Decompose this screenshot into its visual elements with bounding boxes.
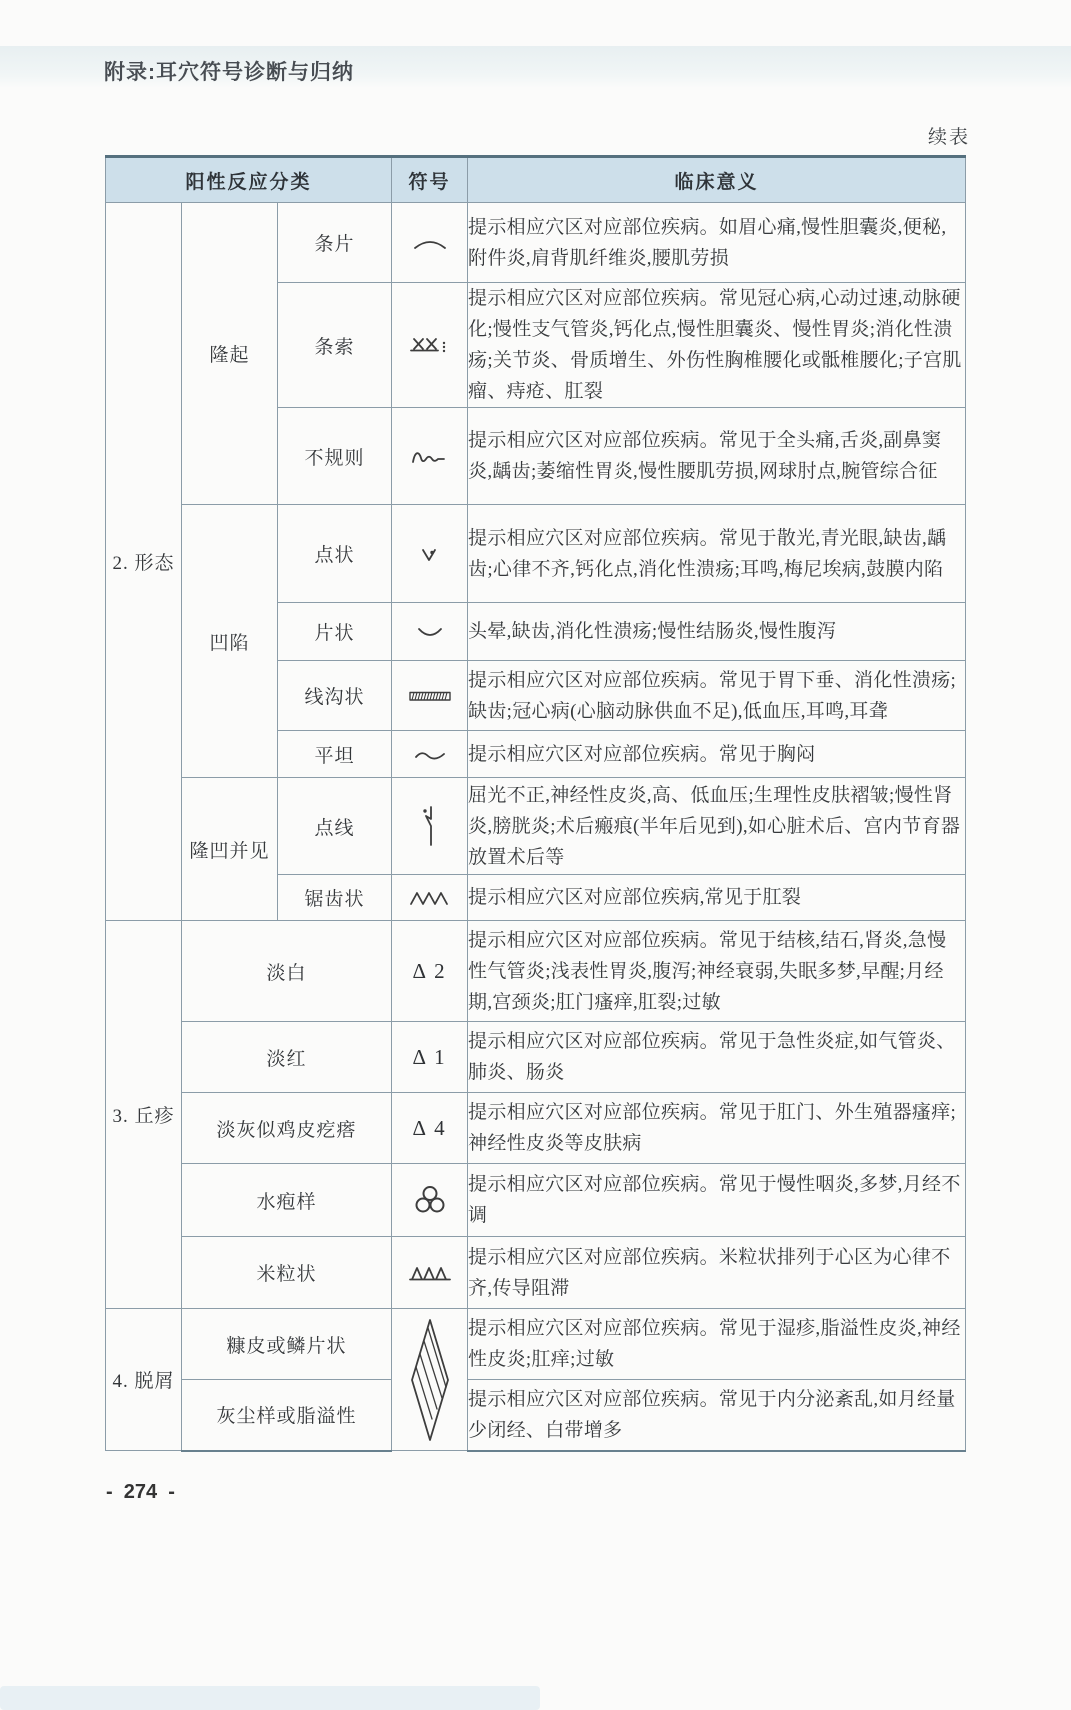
shallow-u-icon [415,625,445,640]
meaning-cell: 提示相应穴区对应部位疾病。常见于内分泌紊乱,如月经量少闭经、白带增多 [468,1380,966,1451]
symbol-cell: Δ 1 [392,1022,468,1093]
symbol-cell: Δ 2 [392,921,468,1022]
diagnosis-table: 阳性反应分类 符号 临床意义 2. 形态 隆起 条片 提示相应穴区对应部位疾病。… [105,155,966,1452]
table-row: 水疱样 提示相应穴区对应部位疾病。常见于慢性咽炎,多梦,月经不调 [106,1164,966,1237]
category-cell-desquamation: 4. 脱屑 [106,1309,182,1451]
symbol-cell [392,731,468,778]
scan-artifact-bottom [0,1686,540,1710]
symbol-cell [392,1164,468,1237]
meaning-cell: 提示相应穴区对应部位疾病。常见于急性炎症,如气管炎、肺炎、肠炎 [468,1022,966,1093]
row-label: 锯齿状 [278,875,392,921]
row-label: 线沟状 [278,661,392,731]
row-label: 淡白 [182,921,392,1022]
symbol-cell [392,283,468,408]
v-with-dot-icon [418,546,442,563]
triangle-1-icon: Δ 1 [412,1045,446,1069]
table-row: 淡红 Δ 1 提示相应穴区对应部位疾病。常见于急性炎症,如气管炎、肺炎、肠炎 [106,1022,966,1093]
table-row: 灰尘样或脂溢性 提示相应穴区对应部位疾病。常见于内分泌紊乱,如月经量少闭经、白带… [106,1380,966,1451]
arc-icon [410,235,450,251]
category-cell-papule: 3. 丘疹 [106,921,182,1309]
meaning-cell: 提示相应穴区对应部位疾病。常见于湿疹,脂溢性皮炎,神经性皮炎;肛痒;过敏 [468,1309,966,1380]
meaning-cell: 提示相应穴区对应部位疾病。如眉心痛,慢性胆囊炎,便秘,附件炎,肩背肌纤维炎,腰肌… [468,203,966,283]
page-header: 附录:耳穴符号诊断与归纳 [104,56,354,86]
symbol-cell [392,1309,468,1451]
three-triangles-baseline-icon [407,1264,453,1283]
meaning-cell: 提示相应穴区对应部位疾病。常见于全头痛,舌炎,副鼻窦炎,龋齿;萎缩性胃炎,慢性腰… [468,408,966,505]
meaning-cell: 提示相应穴区对应部位疾病。常见于肛门、外生殖器瘙痒;神经性皮炎等皮肤病 [468,1093,966,1164]
subcategory-cell-mixed: 隆凹并见 [182,778,278,921]
row-label: 点线 [278,778,392,875]
page-number: - 274 - [106,1481,175,1504]
dot-line-spike-icon [419,805,441,847]
meaning-cell: 提示相应穴区对应部位疾病。常见冠心病,心动过速,动脉硬化;慢性支气管炎,钙化点,… [468,283,966,408]
row-label: 平坦 [278,731,392,778]
row-label: 条片 [278,203,392,283]
meaning-cell: 头晕,缺齿,消化性溃疡;慢性结肠炎,慢性腹泻 [468,603,966,661]
row-label: 水疱样 [182,1164,392,1237]
subcategory-cell-raised: 隆起 [182,203,278,505]
hatched-diamond-icon [407,1316,453,1444]
hatched-bar-icon [407,689,453,704]
symbol-cell [392,661,468,731]
table-row: 4. 脱屑 糠皮或鳞片状 提示相应穴区对应部位疾病。常见于湿疹,脂溢性皮炎,神经… [106,1309,966,1380]
double-x-underline-icon [407,334,453,356]
meaning-cell: 提示相应穴区对应部位疾病。常见于慢性咽炎,多梦,月经不调 [468,1164,966,1237]
meaning-cell: 提示相应穴区对应部位疾病。常见于胃下垂、消化性溃疡;缺齿;冠心病(心脑动脉供血不… [468,661,966,731]
meaning-cell: 屈光不正,神经性皮炎,高、低血压;生理性皮肤褶皱;慢性肾炎,膀胱炎;术后瘢痕(半… [468,778,966,875]
header-classification: 阳性反应分类 [106,157,392,203]
meaning-cell: 提示相应穴区对应部位疾病,常见于肛裂 [468,875,966,921]
table-row: 2. 形态 隆起 条片 提示相应穴区对应部位疾病。如眉心痛,慢性胆囊炎,便秘,附… [106,203,966,283]
header-symbol: 符号 [392,157,468,203]
symbol-cell [392,875,468,921]
triangle-2-icon: Δ 2 [412,959,446,983]
table-row: 隆凹并见 点线 屈光不正,神经性皮炎,高、低血压;生理性皮肤褶皱;慢性肾炎,膀胱… [106,778,966,875]
category-cell-shape: 2. 形态 [106,203,182,921]
symbol-cell [392,603,468,661]
meaning-cell: 提示相应穴区对应部位疾病。常见于胸闷 [468,731,966,778]
header-meaning: 临床意义 [468,157,966,203]
row-label: 点状 [278,505,392,603]
meaning-cell: 提示相应穴区对应部位疾病。米粒状排列于心区为心律不齐,传导阻滞 [468,1237,966,1309]
table-row: 3. 丘疹 淡白 Δ 2 提示相应穴区对应部位疾病。常见于结核,结石,肾炎,急慢… [106,921,966,1022]
row-label: 淡灰似鸡皮疙瘩 [182,1093,392,1164]
row-label: 条索 [278,283,392,408]
table-row: 凹陷 点状 提示相应穴区对应部位疾病。常见于散光,青光眼,缺齿,龋齿;心律不齐,… [106,505,966,603]
subcategory-cell-depressed: 凹陷 [182,505,278,778]
zigzag-icon [408,890,452,907]
symbol-cell [392,203,468,283]
continued-table-label: 续表 [928,122,970,149]
table-row: 淡灰似鸡皮疙瘩 Δ 4 提示相应穴区对应部位疾病。常见于肛门、外生殖器瘙痒;神经… [106,1093,966,1164]
row-label: 不规则 [278,408,392,505]
row-label: 糠皮或鳞片状 [182,1309,392,1380]
row-label: 片状 [278,603,392,661]
triangle-4-icon: Δ 4 [412,1116,446,1140]
symbol-cell [392,1237,468,1309]
row-label: 米粒状 [182,1237,392,1309]
meaning-cell: 提示相应穴区对应部位疾病。常见于散光,青光眼,缺齿,龋齿;心律不齐,钙化点,消化… [468,505,966,603]
symbol-cell [392,505,468,603]
table-header-row: 阳性反应分类 符号 临床意义 [106,157,966,203]
table-row: 米粒状 提示相应穴区对应部位疾病。米粒状排列于心区为心律不齐,传导阻滞 [106,1237,966,1309]
row-label: 淡红 [182,1022,392,1093]
irregular-wave-icon [410,448,450,466]
tilde-icon [413,748,447,762]
symbol-cell [392,408,468,505]
symbol-cell [392,778,468,875]
row-label: 灰尘样或脂溢性 [182,1380,392,1451]
meaning-cell: 提示相应穴区对应部位疾病。常见于结核,结石,肾炎,急慢性气管炎;浅表性胃炎,腹泻… [468,921,966,1022]
symbol-cell: Δ 4 [392,1093,468,1164]
three-circles-icon [412,1185,448,1215]
